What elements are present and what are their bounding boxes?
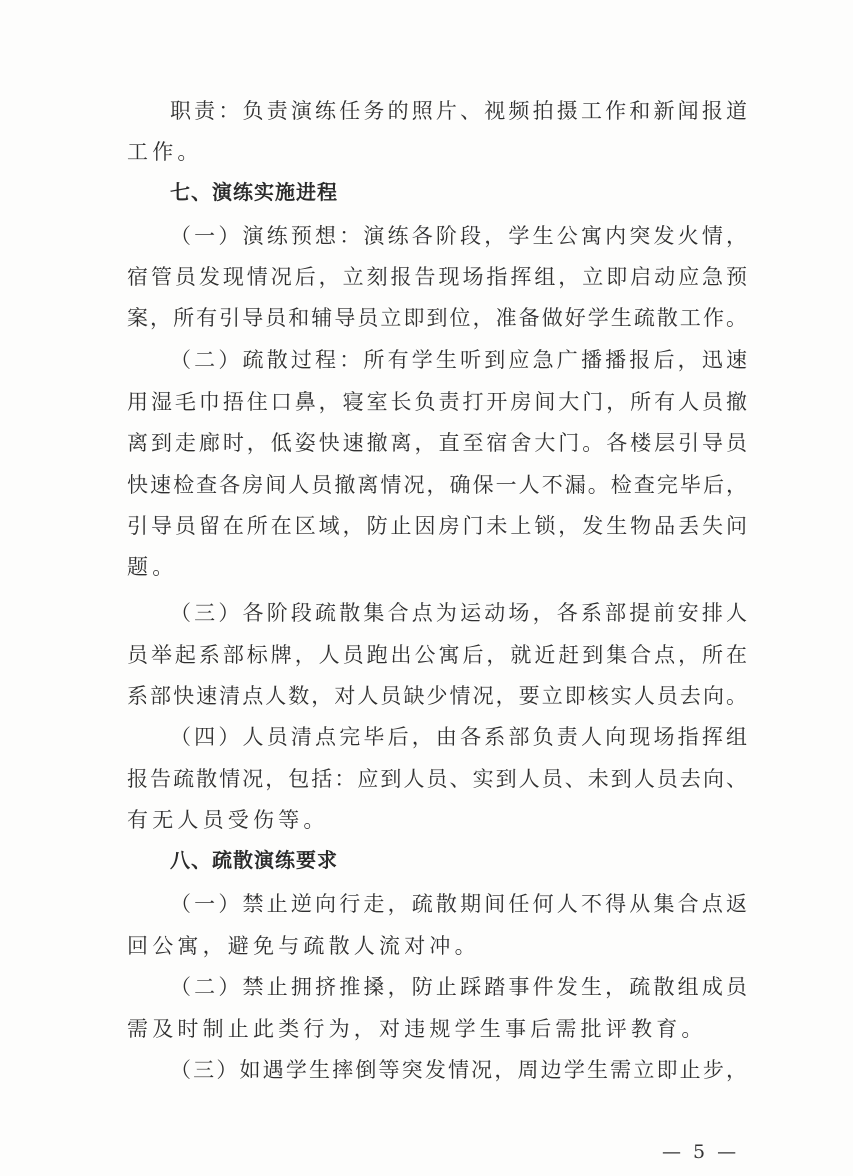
s7-item2-line-5: 引导员留在所在区域，防止因房门未上锁，发生物品丢失问 [127,511,747,541]
s8-item2-line-1: （二）禁止拥挤推搡，防止踩踏事件发生，疏散组成员 [170,972,747,1002]
s7-item3-line-3: 系部快速清点人数，对人员缺少情况，要立即核实人员去向。 [127,681,747,711]
page-number: — 5 — [662,1141,739,1163]
s7-item2-line-3: 离到走廊时，低姿快速撤离，直至宿舍大门。各楼层引导员 [127,428,747,458]
section-heading-8: 八、疏散演练要求 [170,845,338,875]
s7-item2-line-2: 用湿毛巾捂住口鼻，寝室长负责打开房间大门，所有人员撤 [127,387,747,417]
s7-item4-line-2: 报告疏散情况，包括：应到人员、实到人员、未到人员去向、 [127,764,747,794]
s7-item3-line-2: 员举起系部标牌，人员跑出公寓后，就近赶到集合点，所在 [127,640,747,670]
s7-item3-line-1: （三）各阶段疏散集合点为运动场，各系部提前安排人 [170,598,747,628]
s7-item1-line-2: 宿管员发现情况后，立刻报告现场指挥组，立即启动应急预 [127,262,747,292]
s8-item3-line-1: （三）如遇学生摔倒等突发情况，周边学生需立即止步， [170,1055,747,1085]
s8-item1-line-2: 回公寓，避免与疏散人流对冲。 [127,931,747,961]
document-page: 职责：负责演练任务的照片、视频拍摄工作和新闻报道 工作。 七、演练实施进程 （一… [0,0,853,1176]
s7-item1-line-1: （一）演练预想：演练各阶段，学生公寓内突发火情， [170,221,747,251]
duty-line-1: 职责：负责演练任务的照片、视频拍摄工作和新闻报道 [170,96,747,126]
s8-item1-line-1: （一）禁止逆向行走，疏散期间任何人不得从集合点返 [170,889,747,919]
s8-item2-line-2: 需及时制止此类行为，对违规学生事后需批评教育。 [127,1014,747,1044]
duty-line-2: 工作。 [127,137,747,167]
s7-item2-line-6: 题。 [127,552,747,582]
s7-item4-line-3: 有无人员受伤等。 [127,805,747,835]
s7-item2-line-1: （二）疏散过程：所有学生听到应急广播播报后，迅速 [170,345,747,375]
section-heading-7: 七、演练实施进程 [170,177,338,207]
s7-item1-line-3: 案，所有引导员和辅导员立即到位，准备做好学生疏散工作。 [127,303,747,333]
s7-item4-line-1: （四）人员清点完毕后，由各系部负责人向现场指挥组 [170,722,747,752]
s7-item2-line-4: 快速检查各房间人员撤离情况，确保一人不漏。检查完毕后， [127,470,747,500]
